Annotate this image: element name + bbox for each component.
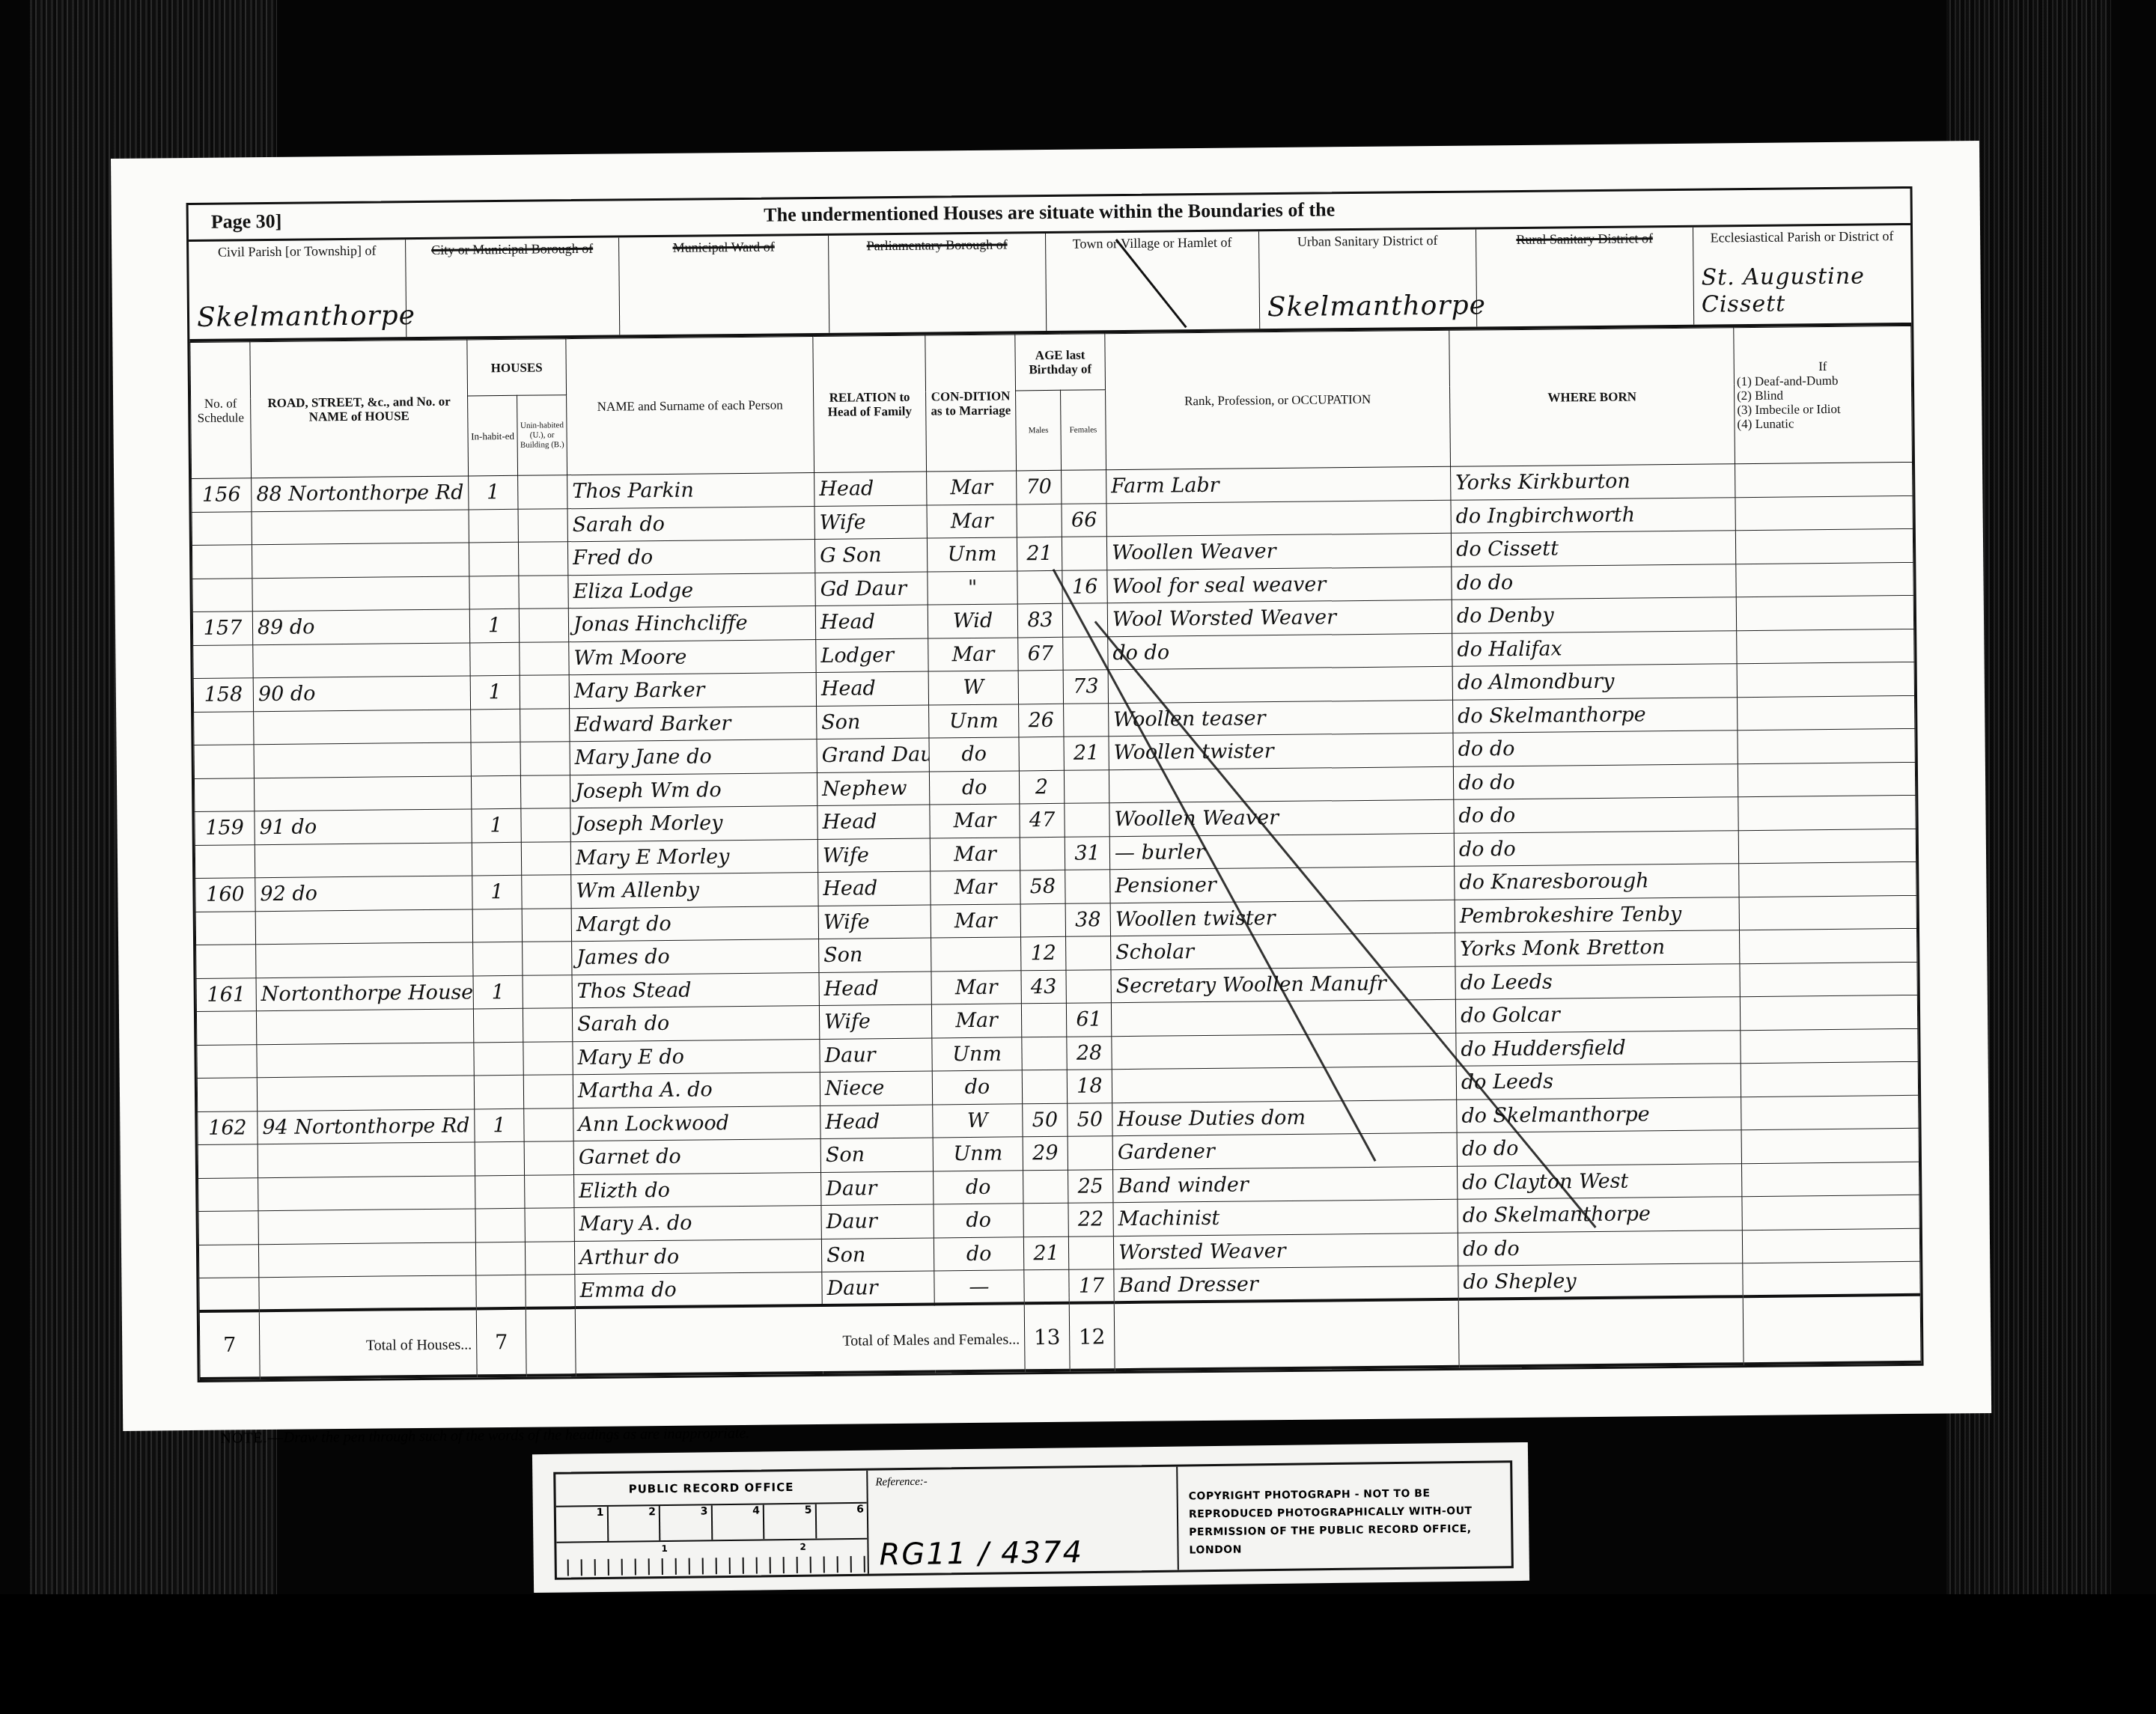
infirmity [1741, 1162, 1919, 1197]
male-age [1022, 1070, 1067, 1103]
address [257, 1076, 474, 1111]
relation: Lodger [816, 638, 928, 673]
occupation: Woollen Weaver [1109, 799, 1454, 836]
condition: do [934, 1204, 1023, 1238]
female-age: 28 [1067, 1036, 1112, 1070]
condition: W [933, 1103, 1023, 1138]
female-age [1062, 537, 1106, 570]
female-age [1064, 703, 1109, 736]
where-born: do Skelmanthorpe [1453, 697, 1738, 733]
condition: Mar [931, 1004, 1021, 1038]
boundary-label: City or Municipal Borough of [412, 241, 612, 258]
occupation [1112, 1033, 1456, 1070]
infirmity [1739, 861, 1916, 897]
where-born: do Leeds [1455, 963, 1740, 999]
inhabited-count [473, 942, 523, 975]
boundary-label: Civil Parish [or Township] of [195, 243, 399, 260]
inhabited-count [471, 742, 520, 775]
male-age: 47 [1020, 803, 1065, 837]
occupation: Band Dresser [1114, 1266, 1458, 1302]
uninhabited [524, 1108, 573, 1141]
occupation: House Duties dom [1112, 1100, 1457, 1136]
occupation: Woollen teaser [1109, 700, 1453, 736]
address [258, 1175, 475, 1210]
col-age: AGE last Birthday of [1015, 334, 1106, 391]
schedule-no [192, 511, 252, 545]
male-age [1018, 670, 1063, 704]
total-houses-label: Total of Houses... [366, 1336, 472, 1353]
inhabited-count [474, 1075, 523, 1108]
address [259, 1275, 476, 1311]
uninhabited [518, 475, 567, 509]
relation: Daur [821, 1171, 934, 1206]
schedule-no [198, 1177, 258, 1211]
inhabited-count [469, 509, 518, 543]
boundary-label: Ecclesiastical Parish or District of [1699, 228, 1904, 245]
archive-office-name: PUBLIC RECORD OFFICE [555, 1471, 867, 1507]
where-born: do do [1454, 797, 1738, 833]
reference-label: Reference:- [875, 1476, 928, 1489]
copyright-notice: COPYRIGHT PHOTOGRAPH - NOT TO BE REPRODU… [1178, 1463, 1511, 1570]
boundary-label: Parliamentary Borough of [835, 237, 1039, 254]
male-age: 58 [1020, 870, 1065, 903]
boundary-value: St. Augustine Cissett [1701, 263, 1874, 318]
person-name: Eliza Lodge [568, 573, 815, 609]
schedule-no: 162 [198, 1111, 258, 1144]
male-age: 2 [1019, 770, 1064, 804]
inhabited-count [475, 1141, 524, 1175]
person-name: Mary E do [573, 1039, 820, 1075]
where-born: do Skelmanthorpe [1457, 1097, 1741, 1132]
address [252, 509, 469, 544]
occupation: Farm Labr [1106, 466, 1451, 503]
inhabited-count [470, 642, 520, 676]
reference-value: RG11 / 4374 [879, 1535, 1083, 1572]
where-born: do do [1454, 830, 1738, 866]
col-uninhabited: Unin-habited (U.), or Building (B.) [517, 395, 567, 476]
relation: Daur [820, 1038, 932, 1073]
boundaries-row: Civil Parish [or Township] of Skelmantho… [189, 225, 1911, 342]
person-name: Emma do [575, 1272, 822, 1308]
occupation: Worsted Weaver [1113, 1233, 1458, 1269]
col-infirmity: If (1) Deaf-and-Dumb (2) Blind (3) Imbec… [1734, 326, 1913, 463]
infirmity [1738, 829, 1916, 864]
condition: Mar [931, 870, 1020, 905]
occupation: Scholar [1111, 933, 1455, 969]
condition: Unm [932, 1037, 1022, 1071]
female-age [1068, 1236, 1113, 1269]
male-age [1020, 903, 1065, 937]
occupation [1111, 999, 1455, 1036]
male-age [1024, 1269, 1069, 1303]
female-age: 22 [1068, 1203, 1113, 1236]
uninhabited [520, 708, 570, 742]
where-born: do Skelmanthorpe [1458, 1197, 1742, 1233]
female-age: 50 [1068, 1102, 1112, 1136]
male-age [1019, 736, 1064, 770]
condition: Unm [933, 1137, 1023, 1171]
male-age [1017, 504, 1062, 537]
schedule-no [198, 1244, 258, 1278]
condition: Unm [927, 537, 1017, 572]
occupation: Gardener [1112, 1132, 1457, 1169]
total-schedules: 7 [199, 1311, 260, 1379]
uninhabited [525, 1174, 574, 1208]
schedule-no: 156 [192, 478, 252, 512]
film-edge-bottom [0, 1594, 2156, 1714]
uninhabited [523, 942, 572, 975]
infirmity [1741, 1095, 1919, 1130]
occupation: Woollen Weaver [1106, 533, 1451, 570]
person-name: Wm Allenby [571, 872, 818, 908]
male-age: 70 [1017, 470, 1062, 504]
schedule-no [198, 1144, 258, 1178]
relation: Son [819, 938, 931, 972]
male-age [1020, 837, 1065, 870]
address [257, 1042, 474, 1077]
person-name: Elizth do [574, 1172, 821, 1208]
where-born: do Shepley [1458, 1263, 1743, 1299]
boundary-municipal-borough: City or Municipal Borough of [406, 237, 620, 337]
where-born: do do [1457, 1130, 1741, 1166]
address: 94 Nortonthorpe Rd [258, 1108, 475, 1144]
boundary-label: Town or Village or Hamlet of [1052, 234, 1252, 251]
schedule-no [198, 1211, 258, 1245]
infirmity [1742, 1228, 1919, 1263]
address [258, 1142, 475, 1177]
uninhabited [523, 1008, 572, 1042]
where-born: do Huddersfield [1456, 1030, 1741, 1066]
inhabited-count [471, 775, 520, 809]
person-name: Thos Stead [572, 972, 819, 1008]
condition: do [929, 737, 1019, 772]
col-road: ROAD, STREET, &c., and No. or NAME of HO… [250, 340, 469, 478]
female-age: 73 [1063, 670, 1108, 704]
relation: Son [820, 1138, 933, 1172]
inhabited-count [476, 1275, 526, 1308]
where-born: do Leeds [1456, 1064, 1741, 1100]
boundary-label: Rural Sanitary District of [1482, 231, 1687, 248]
uninhabited [523, 1075, 573, 1108]
address [254, 742, 471, 778]
where-born: do Almondbury [1452, 664, 1737, 700]
inhabited-count: 1 [470, 675, 520, 709]
schedule-no: 159 [195, 811, 255, 845]
boundary-ecclesiastical: Ecclesiastical Parish or District of St.… [1693, 225, 1911, 325]
occupation: — burler [1109, 833, 1454, 870]
infirmity [1738, 762, 1915, 797]
person-name: Mary Jane do [570, 739, 817, 775]
infirmity [1743, 1261, 1920, 1296]
schedule-no: 158 [193, 678, 253, 712]
uninhabited [520, 742, 570, 775]
male-age: 12 [1021, 936, 1066, 970]
uninhabited [521, 841, 570, 875]
address: 88 Nortonthorpe Rd [252, 476, 469, 511]
boundary-town-village: Town or Village or Hamlet of [1046, 231, 1260, 331]
schedule-no [193, 644, 253, 678]
total-females: 12 [1069, 1302, 1115, 1370]
schedule-no [195, 844, 255, 878]
male-age: 83 [1017, 603, 1062, 637]
address [252, 543, 469, 578]
occupation: do do [1108, 633, 1452, 670]
schedule-no [196, 945, 256, 978]
person-name: Margt do [571, 906, 818, 942]
schedule-no [194, 711, 254, 745]
uninhabited [520, 641, 569, 675]
relation: Son [821, 1238, 934, 1272]
person-name: Joseph Wm do [570, 772, 817, 808]
inhabited-count: 1 [472, 808, 521, 842]
occupation [1106, 500, 1451, 537]
uninhabited [519, 609, 568, 642]
female-age: 61 [1066, 1003, 1111, 1037]
relation: Head [820, 1105, 933, 1139]
inhabited-count [473, 1008, 523, 1042]
female-age: 31 [1065, 836, 1109, 870]
condition: " [928, 570, 1017, 605]
female-age [1063, 636, 1108, 670]
condition: Mar [930, 837, 1020, 871]
female-age: 25 [1068, 1169, 1113, 1203]
occupation: Wool Worsted Weaver [1107, 600, 1452, 636]
schedule-no [194, 778, 254, 811]
female-age: 21 [1064, 736, 1109, 770]
inhabited-count [475, 1208, 525, 1242]
uninhabited [525, 1241, 574, 1275]
relation: Wife [817, 838, 930, 873]
uninhabited [526, 1275, 575, 1308]
male-age: 50 [1023, 1103, 1068, 1137]
infirmity [1741, 1028, 1918, 1064]
inhabited-count [469, 542, 518, 576]
archive-scale: 1 2 3 4 5 6 [556, 1504, 868, 1543]
relation: Wife [814, 505, 927, 540]
male-age [1023, 1203, 1068, 1236]
male-age [1022, 1037, 1067, 1070]
where-born: do Ingbirchworth [1451, 497, 1735, 533]
inhabited-count [472, 842, 521, 876]
condition: Mar [927, 504, 1017, 538]
person-name: Ann Lockwood [573, 1105, 820, 1141]
archive-label: PUBLIC RECORD OFFICE 1 2 3 4 5 6 1 2 Ref… [532, 1442, 1529, 1593]
female-age [1068, 1136, 1112, 1170]
relation: Son [817, 705, 929, 739]
condition: Wid [928, 604, 1017, 638]
boundary-label: Municipal Ward of [625, 239, 822, 256]
inhabited-count: 1 [469, 609, 519, 642]
person-name: Jonas Hinchcliffe [568, 606, 815, 641]
where-born: do do [1453, 731, 1738, 766]
inhabited-count: 1 [472, 875, 522, 909]
occupation: Woollen twister [1110, 900, 1455, 936]
boundary-value: Skelmanthorpe [197, 300, 415, 333]
address: 92 do [255, 876, 472, 911]
archive-ruler: 1 2 [556, 1540, 868, 1576]
person-name: James do [572, 939, 819, 975]
archive-reference-block: Reference:- RG11 / 4374 [868, 1467, 1179, 1574]
inhabited-count: 1 [475, 1108, 524, 1142]
male-age: 29 [1023, 1136, 1068, 1170]
male-age [1023, 1170, 1068, 1204]
address: 90 do [253, 676, 470, 711]
person-name: Joseph Morley [570, 805, 817, 841]
person-name: Sarah do [567, 506, 814, 542]
form-note: NOTE.—Draw the pen through such of the w… [220, 1425, 749, 1448]
condition: Mar [931, 970, 1021, 1004]
relation: Wife [818, 905, 931, 939]
census-sheet: Page 30] The undermentioned Houses are s… [111, 141, 1991, 1431]
male-age: 43 [1021, 970, 1066, 1004]
where-born: do Cissett [1451, 531, 1735, 567]
total-houses-inhabited: 7 [476, 1308, 526, 1376]
where-born: do Denby [1452, 597, 1736, 633]
female-age [1066, 936, 1111, 970]
address [254, 709, 471, 744]
female-age [1065, 870, 1110, 903]
inhabited-count: 1 [469, 475, 518, 509]
relation: Nephew [817, 772, 929, 806]
uninhabited [525, 1208, 574, 1242]
col-houses: HOUSES [467, 339, 567, 396]
boundary-parliamentary-borough: Parliamentary Borough of [829, 234, 1047, 333]
schedule-no [192, 578, 252, 612]
uninhabited [520, 675, 569, 709]
infirmity [1738, 695, 1915, 731]
schedule-no: 157 [192, 612, 252, 645]
uninhabited [524, 1141, 573, 1175]
relation: Head [818, 871, 931, 906]
condition: do [934, 1236, 1023, 1271]
relation: Daur [822, 1271, 934, 1305]
inhabited-count [475, 1242, 525, 1275]
inhabited-count: 1 [473, 975, 523, 1009]
col-condition: CON-DITION as to Marriage [925, 335, 1017, 472]
inhabited-count [471, 709, 520, 742]
schedule-no [192, 545, 252, 579]
schedule-no [199, 1278, 259, 1311]
where-born: do Clayton West [1458, 1163, 1742, 1199]
address [258, 1242, 475, 1277]
occupation: Machinist [1113, 1199, 1458, 1236]
inhabited-count [474, 1042, 523, 1076]
boundary-municipal-ward: Municipal Ward of [619, 236, 829, 335]
male-age [1021, 1003, 1066, 1037]
female-age [1066, 969, 1111, 1003]
schedule-no [197, 1078, 257, 1111]
uninhabited [519, 575, 568, 609]
infirmity [1736, 562, 1913, 597]
person-name: Garnet do [573, 1138, 820, 1174]
census-table: No. of Schedule ROAD, STREET, &c., and N… [189, 326, 1921, 1380]
infirmity [1740, 928, 1917, 963]
condition: Mar [930, 804, 1020, 838]
female-age [1062, 603, 1107, 637]
condition: — [934, 1270, 1024, 1305]
occupation: Pensioner [1110, 866, 1455, 903]
condition: Mar [927, 471, 1017, 505]
where-born: do do [1452, 564, 1736, 600]
relation: Head [817, 805, 930, 839]
form-title: The undermentioned Houses are situate wi… [189, 193, 1910, 232]
census-form: Page 30] The undermentioned Houses are s… [186, 186, 1924, 1382]
uninhabited [518, 508, 567, 542]
uninhabited [522, 875, 571, 909]
inhabited-count [475, 1175, 525, 1209]
uninhabited [518, 542, 567, 576]
address [256, 1009, 473, 1044]
boundary-urban-sanitary: Urban Sanitary District of Skelmanthorpe [1259, 229, 1477, 329]
female-age [1064, 769, 1109, 803]
occupation [1112, 1066, 1456, 1102]
infirmity [1737, 629, 1914, 664]
condition: Mar [931, 903, 1020, 938]
person-name: Wm Moore [569, 639, 816, 675]
col-where-born: WHERE BORN [1449, 328, 1735, 467]
where-born: do Knaresborough [1455, 864, 1739, 900]
person-name: Martha A. do [573, 1072, 820, 1108]
relation: Gd Daur [815, 572, 928, 606]
schedule-no [196, 1011, 256, 1045]
schedule-no [194, 745, 254, 778]
relation: Head [819, 972, 931, 1006]
uninhabited [521, 808, 570, 842]
person-name: Mary E Morley [570, 839, 817, 875]
condition: do [934, 1170, 1023, 1204]
boundary-civil-parish: Civil Parish [or Township] of Skelmantho… [189, 240, 406, 339]
address: 89 do [252, 609, 469, 644]
total-persons-label: Total of Males and Females... [842, 1331, 1020, 1349]
person-name: Fred do [567, 539, 814, 575]
infirmity [1741, 1061, 1918, 1097]
where-born: do Golcar [1455, 997, 1740, 1033]
person-name: Arthur do [574, 1239, 821, 1275]
boundary-label: Urban Sanitary District of [1265, 233, 1470, 250]
relation: Wife [819, 1004, 931, 1039]
person-name: Mary Barker [569, 672, 816, 708]
address [255, 842, 472, 877]
col-occupation: Rank, Profession, or OCCUPATION [1105, 330, 1451, 469]
female-age: 38 [1065, 903, 1110, 936]
relation: Head [814, 472, 927, 506]
infirmity [1735, 462, 1913, 497]
condition: Mar [928, 637, 1018, 671]
col-schedule: No. of Schedule [190, 342, 252, 479]
inhabited-count [469, 576, 519, 609]
address [252, 576, 469, 611]
relation: Head [816, 671, 928, 706]
infirmity [1735, 528, 1913, 564]
where-born: Yorks Kirkburton [1451, 464, 1735, 500]
address [253, 642, 470, 677]
relation: G Son [814, 538, 927, 573]
uninhabited [522, 908, 571, 942]
where-born: do do [1458, 1230, 1742, 1266]
person-name: Thos Parkin [567, 473, 814, 509]
infirmity [1740, 995, 1917, 1030]
male-age: 26 [1019, 704, 1064, 737]
col-females: Females [1061, 390, 1106, 471]
infirmity [1737, 662, 1914, 697]
address [255, 909, 472, 944]
col-inhabited: In-habit-ed [468, 395, 518, 476]
relation: Daur [821, 1204, 934, 1239]
infirmity [1740, 962, 1917, 997]
female-age: 66 [1062, 503, 1106, 537]
where-born: Yorks Monk Bretton [1455, 930, 1740, 966]
archive-office-block: PUBLIC RECORD OFFICE 1 2 3 4 5 6 1 2 [555, 1471, 869, 1578]
